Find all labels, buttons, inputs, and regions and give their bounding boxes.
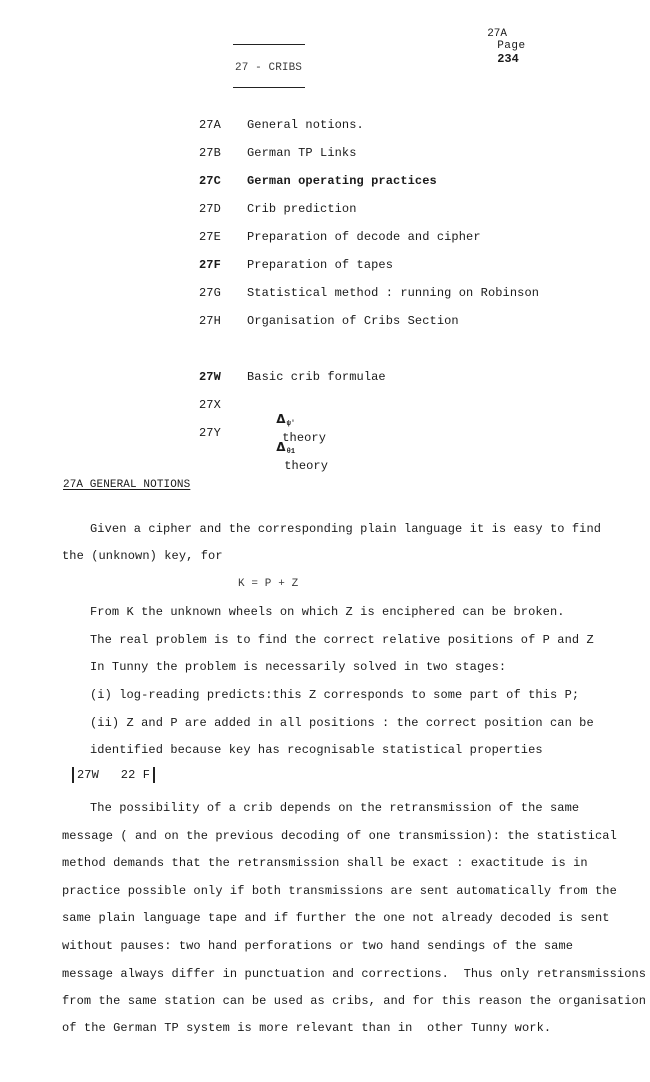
body-line: message always differ in punctuation and… <box>62 967 646 981</box>
toc-title: Basic crib formulae <box>247 370 386 384</box>
delta-icon: Δ <box>276 440 285 454</box>
toc-title: Preparation of decode and cipher <box>247 230 481 244</box>
body-line: (ii) Z and P are added in all positions … <box>90 716 594 730</box>
toc-code: 27A <box>199 118 221 132</box>
delta-icon: Δ <box>276 412 285 426</box>
body-line: from the same station can be used as cri… <box>62 994 646 1008</box>
toc-title: Crib prediction <box>247 202 357 216</box>
body-line: identified because key has recognisable … <box>90 743 543 757</box>
chapter-title: 27 - CRIBS <box>235 61 302 75</box>
formula: K = P + Z <box>238 577 298 591</box>
toc-code: 27E <box>199 230 221 244</box>
page-label: Page <box>497 40 525 52</box>
toc-code: 27G <box>199 286 221 300</box>
page-number: 234 <box>497 52 519 66</box>
body-line: method demands that the retransmission s… <box>62 856 588 870</box>
section-heading: 27A GENERAL NOTIONS <box>63 478 190 492</box>
toc-title: Statistical method : running on Robinson <box>247 286 539 300</box>
body-line: the (unknown) key, for <box>62 549 223 563</box>
toc-title: General notions. <box>247 118 364 132</box>
cross-reference: 27W 22 F <box>72 767 155 783</box>
toc-code: 27B <box>199 146 221 160</box>
delta-subscript: θ1 <box>287 448 296 456</box>
body-line: Given a cipher and the corresponding pla… <box>90 522 601 536</box>
toc-code: 27W <box>199 370 221 384</box>
toc-title: Preparation of tapes <box>247 258 393 272</box>
title-rule-bottom <box>233 87 305 88</box>
body-line: The real problem is to find the correct … <box>90 633 594 647</box>
page-header-section: 27A <box>487 28 507 40</box>
body-line: In Tunny the problem is necessarily solv… <box>90 660 506 674</box>
body-line: The possibility of a crib depends on the… <box>90 801 579 815</box>
body-line: without pauses: two hand perforations or… <box>62 939 573 953</box>
toc-code: 27F <box>199 258 221 272</box>
toc-title: German TP Links <box>247 146 357 160</box>
title-rule-top <box>233 44 305 45</box>
toc-title: Organisation of Cribs Section <box>247 314 459 328</box>
toc-code: 27C <box>199 174 221 188</box>
body-line: message ( and on the previous decoding o… <box>62 829 617 843</box>
body-line: same plain language tape and if further … <box>62 911 610 925</box>
body-line: of the German TP system is more relevant… <box>62 1021 551 1035</box>
body-line: practice possible only if both transmiss… <box>62 884 617 898</box>
page-header: 27A Page 234 <box>474 16 526 66</box>
toc-code: 27X <box>199 398 221 412</box>
toc-title: theory <box>284 459 328 473</box>
toc-code: 27D <box>199 202 221 216</box>
toc-delta-entry: Δθ1 theory <box>247 426 328 487</box>
toc-code: 27H <box>199 314 221 328</box>
toc-code: 27Y <box>199 426 221 440</box>
body-line: From K the unknown wheels on which Z is … <box>90 605 565 619</box>
toc-title: German operating practices <box>247 174 437 188</box>
body-line: (i) log-reading predicts:this Z correspo… <box>90 688 579 702</box>
